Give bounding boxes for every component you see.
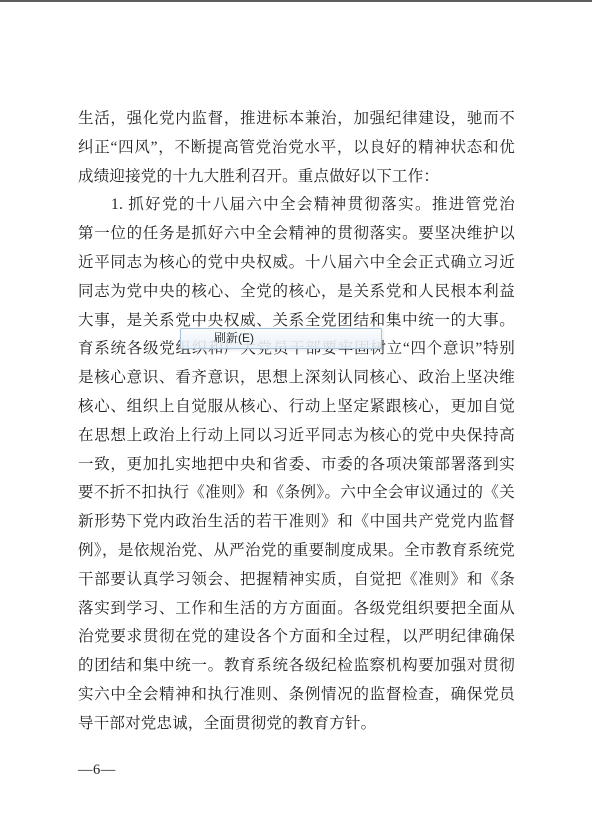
screenshot-root: { "page": { "background_color": "#ffffff… [0,0,592,838]
document-line: 成绩迎接党的十九大胜利召开。重点做好以下工作： [78,163,515,192]
document-line: 1. 抓好党的十八届六中全会精神贯彻落实。推进管党治党， [78,191,515,220]
document-text-block: 生活，强化党内监督，推进标本兼治，加强纪律建设，驰而不息 纠正“四风”，不断提高… [78,105,515,739]
document-line: 生活，强化党内监督，推进标本兼治，加强纪律建设，驰而不息 [78,105,515,134]
document-line: 新形势下党内政治生活的若干准则》和《中国共产党党内监督条 [78,508,515,537]
document-line: 干部要认真学习领会、把握精神实质，自觉把《准则》和《条例》 [78,566,515,595]
document-line: 的团结和集中统一。教育系统各级纪检监察机构要加强对贯彻落 [78,652,515,681]
document-line: 例》，是依规治党、从严治党的重要制度成果。全市教育系统党员 [78,537,515,566]
document-line: 落实到学习、工作和生活的方方面面。各级党组织要把全面从严 [78,595,515,624]
document-line: 实六中全会精神和执行准则、条例情况的监督检查，确保党员领 [78,681,515,710]
page-number: —6— [78,762,116,779]
document-line: 治党要求贯彻在党的建设各个方面和全过程，以严明纪律确保党 [78,623,515,652]
document-line: 核心、组织上自觉服从核心、行动上坚定紧跟核心，更加自觉地 [78,393,515,422]
document-page: 生活，强化党内监督，推进标本兼治，加强纪律建设，驰而不息 纠正“四风”，不断提高… [0,2,592,838]
document-line: 导干部对党忠诚，全面贯彻党的教育方针。 [78,710,515,739]
document-line: 在思想上政治上行动上同以习近平同志为核心的党中央保持高度 [78,422,515,451]
document-line: 同志为党中央的核心、全党的核心，是关系党和人民根本利益的 [78,278,515,307]
document-line: 纠正“四风”，不断提高管党治党水平，以良好的精神状态和优异 [78,134,515,163]
document-line: 近平同志为核心的党中央权威。十八届六中全会正式确立习近平 [78,249,515,278]
context-menu-item-refresh[interactable]: 刷新(E) [181,329,381,348]
document-line: 是核心意识、看齐意识，思想上深刻认同核心、政治上坚决维护 [78,364,515,393]
document-line: 要不折不扣执行《准则》和《条例》。六中全会审议通过的《关于 [78,479,515,508]
context-menu: 刷新(E) [180,328,382,349]
document-line: 第一位的任务是抓好六中全会精神的贯彻落实。要坚决维护以习 [78,220,515,249]
document-line: 一致，更加扎实地把中央和省委、市委的各项决策部署落到实处。 [78,451,515,480]
